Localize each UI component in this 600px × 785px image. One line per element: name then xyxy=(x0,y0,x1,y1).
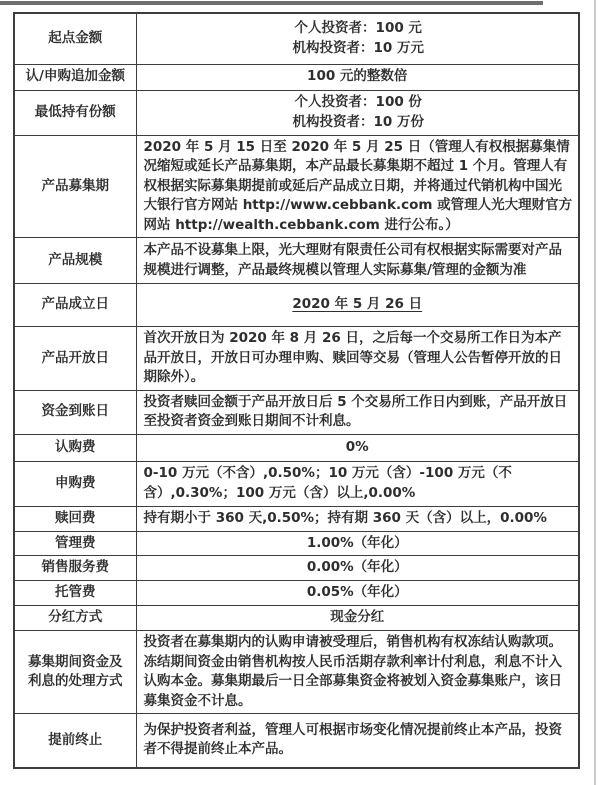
table-row-min-purchase-amount: 起点金额 个人投资者：100 元 机构投资者：10 万元 xyxy=(14,13,579,64)
value-line: 个人投资者：100 份 xyxy=(144,93,574,113)
table-row-fundraising-funds-interest-treatment: 募集期间资金及利息的处理方式 投资者在募集期内的认购申请被受理后，销售机构有权冻… xyxy=(14,631,579,714)
row-value: 个人投资者：100 份 机构投资者：10 万份 xyxy=(136,90,579,135)
row-value: 0-10 万元（不含）,0.50%；10 万元（含）-100 万元（不含）,0.… xyxy=(136,461,579,506)
table-row-additional-purchase-amount: 认/申购追加金额 100 元的整数倍 xyxy=(14,64,579,90)
row-value: 本产品不设募集上限，光大理财有限责任公司有权根据实际需要对产品规模进行调整，产品… xyxy=(136,238,579,284)
row-value: 现金分红 xyxy=(136,606,579,631)
table-row-purchase-fee: 申购费 0-10 万元（不含）,0.50%；10 万元（含）-100 万元（不含… xyxy=(14,461,579,506)
row-value: 投资者赎回金额于产品开放日后 5 个交易所工作日内到账，产品开放日至投资者资金到… xyxy=(136,390,579,434)
row-label: 认/申购追加金额 xyxy=(14,64,136,90)
row-value: 0.05%（年化） xyxy=(136,581,579,606)
row-value: 100 元的整数倍 xyxy=(136,64,579,90)
value-line: 机构投资者：10 万份 xyxy=(144,113,574,133)
row-value: 首次开放日为 2020 年 8 月 26 日，之后每一个交易所工作日为本产品开放… xyxy=(136,327,579,391)
table-row-min-holding-shares: 最低持有份额 个人投资者：100 份 机构投资者：10 万份 xyxy=(14,90,579,135)
page-right-edge-line xyxy=(594,0,596,785)
table-row-product-scale: 产品规模 本产品不设募集上限，光大理财有限责任公司有权根据实际需要对产品规模进行… xyxy=(14,238,579,284)
row-value: 个人投资者：100 元 机构投资者：10 万元 xyxy=(136,13,579,64)
row-value: 投资者在募集期内的认购申请被受理后，销售机构有权冻结认购款项。冻结期间资金由销售… xyxy=(136,631,579,714)
row-label: 产品规模 xyxy=(14,238,136,284)
row-label: 认购费 xyxy=(14,434,136,461)
value-line: 个人投资者：100 元 xyxy=(144,19,574,39)
table-row-sales-service-fee: 销售服务费 0.00%（年化） xyxy=(14,556,579,581)
row-value: 0.00%（年化） xyxy=(136,556,579,581)
table-row-custody-fee: 托管费 0.05%（年化） xyxy=(14,581,579,606)
row-value: 2020 年 5 月 15 日至 2020 年 5 月 25 日（管理人有权根据… xyxy=(136,135,579,238)
row-label: 起点金额 xyxy=(14,13,136,64)
table-row-management-fee: 管理费 1.00%（年化） xyxy=(14,531,579,556)
row-value: 2020 年 5 月 26 日 xyxy=(136,284,579,327)
establishment-date: 2020 年 5 月 26 日 xyxy=(292,296,422,312)
value-line: 机构投资者：10 万元 xyxy=(144,39,574,59)
row-label: 销售服务费 xyxy=(14,556,136,581)
table-row-funds-arrival-date: 资金到账日 投资者赎回金额于产品开放日后 5 个交易所工作日内到账，产品开放日至… xyxy=(14,390,579,434)
table-row-product-open-date: 产品开放日 首次开放日为 2020 年 8 月 26 日，之后每一个交易所工作日… xyxy=(14,327,579,391)
table-row-early-termination: 提前终止 为保护投资者利益，管理人可根据市场变化情况提前终止本产品，投资者不得提… xyxy=(14,714,579,768)
row-label: 分红方式 xyxy=(14,606,136,631)
table-row-fundraising-period: 产品募集期 2020 年 5 月 15 日至 2020 年 5 月 25 日（管… xyxy=(14,135,579,238)
top-horizontal-rule xyxy=(0,1,543,5)
row-label: 赎回费 xyxy=(14,506,136,531)
table-row-product-establishment-date: 产品成立日 2020 年 5 月 26 日 xyxy=(14,284,579,327)
row-label: 资金到账日 xyxy=(14,390,136,434)
row-value: 1.00%（年化） xyxy=(136,531,579,556)
row-label: 申购费 xyxy=(14,461,136,506)
row-value: 0% xyxy=(136,434,579,461)
table-row-redemption-fee: 赎回费 持有期小于 360 天,0.50%；持有期 360 天（含）以上，0.0… xyxy=(14,506,579,531)
table-row-subscription-fee: 认购费 0% xyxy=(14,434,579,461)
row-label: 最低持有份额 xyxy=(14,90,136,135)
row-label: 托管费 xyxy=(14,581,136,606)
row-label: 产品募集期 xyxy=(14,135,136,238)
row-label: 提前终止 xyxy=(14,714,136,768)
row-value: 持有期小于 360 天,0.50%；持有期 360 天（含）以上，0.00% xyxy=(136,506,579,531)
table-row-dividend-method: 分红方式 现金分红 xyxy=(14,606,579,631)
row-label: 募集期间资金及利息的处理方式 xyxy=(14,631,136,714)
row-value: 为保护投资者利益，管理人可根据市场变化情况提前终止本产品，投资者不得提前终止本产… xyxy=(136,714,579,768)
row-label: 产品成立日 xyxy=(14,284,136,327)
row-label: 产品开放日 xyxy=(14,327,136,391)
row-label: 管理费 xyxy=(14,531,136,556)
product-terms-table: 起点金额 个人投资者：100 元 机构投资者：10 万元 认/申购追加金额 10… xyxy=(13,12,580,769)
